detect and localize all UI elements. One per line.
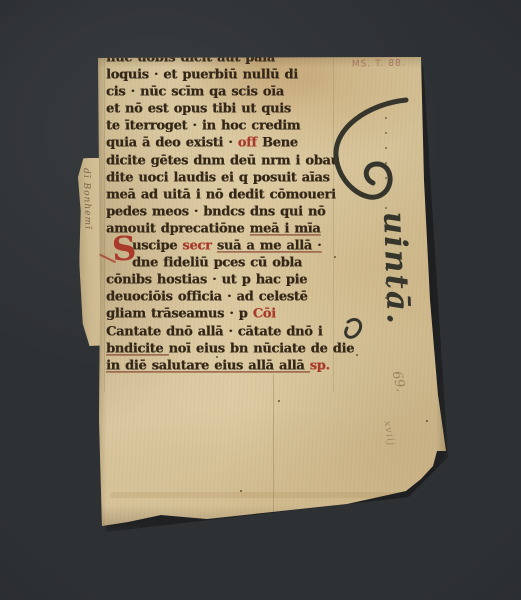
text-line: dicite gētes dnm deū nrm i obau (106, 152, 338, 170)
ink-text: in diē salutare eius allā allā (106, 358, 310, 373)
rubric-text: secr (182, 238, 216, 253)
ink-text: Cantate dnō allā · cātate dnō i (106, 324, 322, 339)
quinta-word: uintā. (376, 211, 416, 326)
text-line: quia ā deo existi · off Bene (106, 134, 338, 152)
paraph-flourish (346, 320, 361, 338)
vertical-crease (273, 374, 274, 520)
text-line: cōnibs hostias · ut p hac pie (106, 271, 338, 289)
ruled-line-left (104, 56, 105, 392)
manuscript-leaf: nūc uobis dicit aut palāloquis · et puer… (96, 56, 448, 526)
text-line: dite uoci laudis ei q posuit aīas (106, 169, 338, 187)
ink-text: te īterroget · in hoc credim (106, 118, 300, 133)
text-line: gliam trāseamus · p Cōi (106, 305, 338, 323)
ink-text: cis · nūc scīm qa scis oīa (106, 84, 284, 99)
text-line: meā ad uitā i nō dedit cōmoueri (106, 186, 338, 204)
text-line: dne fideliū pces cū obla (132, 254, 338, 272)
ink-text: nūc uobis dicit aut palā (106, 50, 275, 65)
rubric-text: off (238, 135, 257, 150)
photograph-of-manuscript: dī Bonhemī nūc uobis dicit aut palāloqui… (0, 0, 521, 600)
text-line: cis · nūc scīm qa scis oīa (106, 83, 338, 101)
text-line: deuociōis officia · ad celestē (106, 288, 338, 306)
ink-text: pedes meos · bndcs dns qui nō (106, 204, 325, 219)
ink-text: cōnibs hostias · ut p hac pie (106, 272, 307, 287)
ink-text: bndicite (106, 341, 169, 356)
quinta-inscription: uintā. (320, 94, 432, 356)
ink-text: Bene (257, 135, 298, 150)
folio-number: 69. (389, 370, 409, 394)
ink-text: dicite gētes dnm deū nrm i obau (106, 153, 340, 168)
ink-text: et nō est opus tibi ut quis (106, 101, 291, 116)
ink-text: meā i mīa (250, 221, 321, 236)
q-flourish (336, 100, 406, 197)
rubric-text: sp. (310, 358, 330, 373)
ink-text: meā ad uitā i nō dedit cōmoueri (106, 187, 336, 202)
ink-text: uscipe (132, 238, 182, 253)
text-line: bndicite noī eius bn nūciate de die (106, 340, 338, 358)
text-line: nūc uobis dicit aut palā (106, 49, 338, 67)
text-line: et nō est opus tibi ut quis (106, 100, 338, 118)
ink-text: suā a me allā · (217, 238, 322, 253)
text-line: in diē salutare eius allā allā sp. (106, 357, 338, 375)
initial-s: S (111, 231, 137, 266)
shelf-mark: MS. T. 88. (352, 59, 406, 70)
stub-inscription: dī Bonhemī (81, 168, 93, 230)
rubric-text: Cōi (253, 306, 276, 321)
text-line: pedes meos · bndcs dns qui nō (106, 203, 338, 221)
ink-text: dite uoci laudis ei q posuit aīas (106, 170, 330, 185)
ink-text: quia ā deo existi · (106, 135, 238, 150)
text-line: te īterroget · in hoc credim (106, 117, 338, 135)
ink-text: deuociōis officia · ad celestē (106, 289, 307, 304)
secondary-number: xviij (381, 420, 396, 447)
text-column: nūc uobis dicit aut palāloquis · et puer… (106, 49, 338, 374)
text-line: amouit dprecatiōne meā i mīa (106, 220, 338, 238)
ink-text: loquis · et puerbiū nullū di (106, 67, 298, 82)
text-line: Cantate dnō allā · cātate dnō i (106, 323, 338, 341)
ink-text: gliam trāseamus · p (106, 306, 253, 321)
ink-text: dne fideliū pces cū obla (132, 255, 302, 270)
text-line: loquis · et puerbiū nullū di (106, 66, 338, 84)
text-line: uscipe secr suā a me allā · (132, 237, 338, 255)
